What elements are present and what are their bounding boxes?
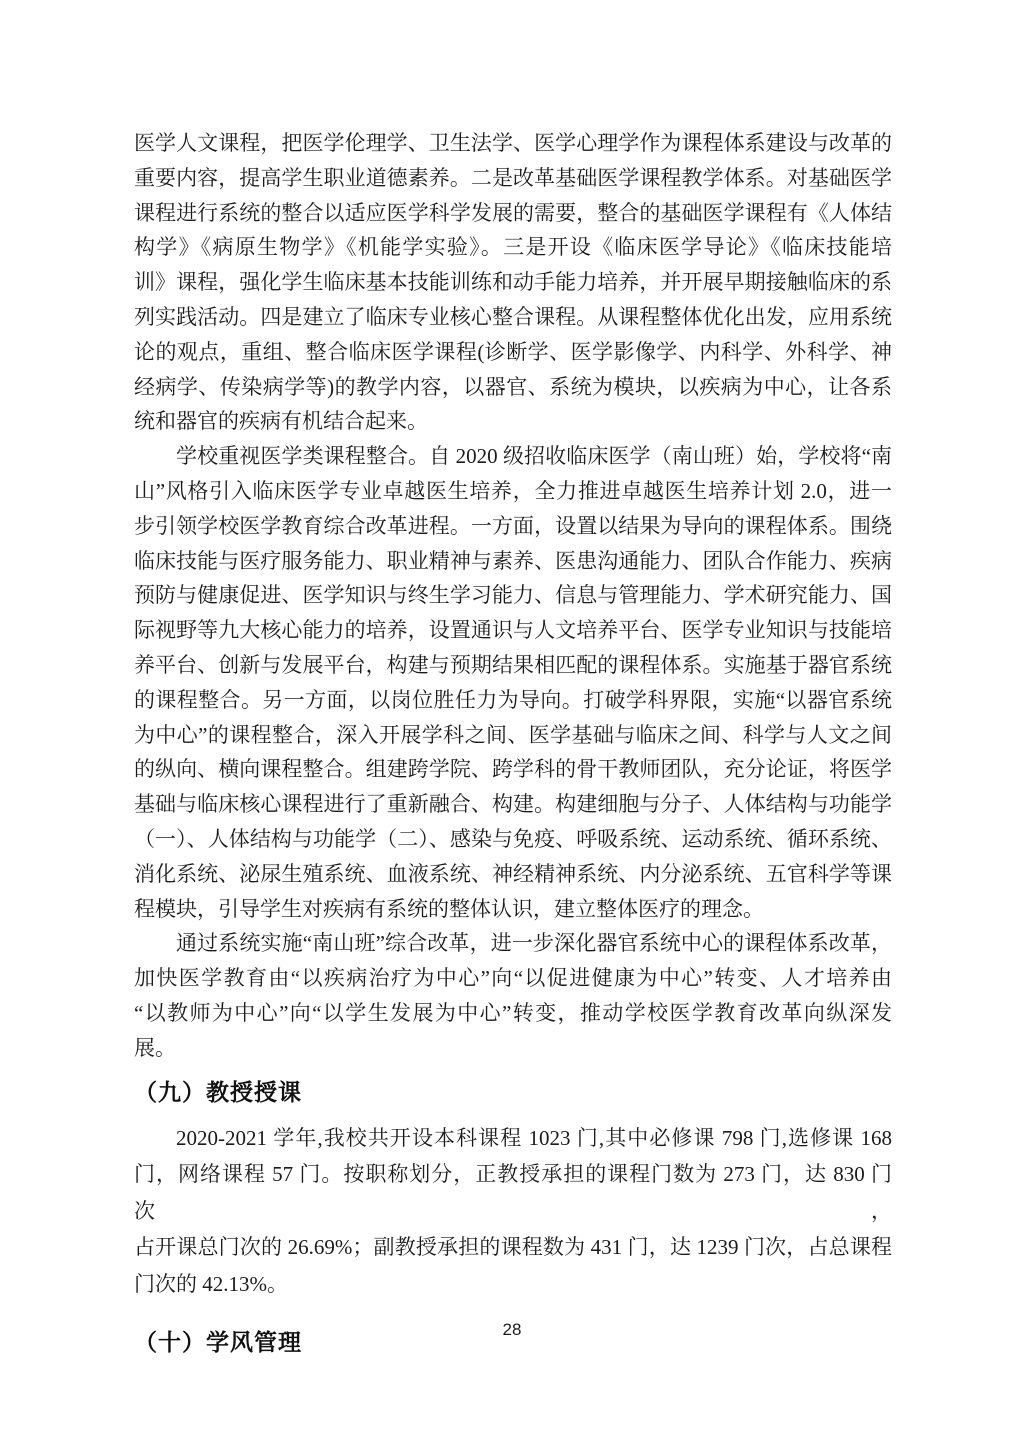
text-line: 预防与健康促进、医学知识与终生学习能力、信息与管理能力、学术研究能力、国: [134, 578, 892, 613]
text-line: 学校重视医学类课程整合。自 2020 级招收临床医学（南山班）始，学校将“南: [134, 439, 892, 474]
text-line: 统和器官的疾病有机结合起来。: [134, 404, 892, 439]
text-line: 重要内容，提高学生职业道德素养。二是改革基础医学课程教学体系。对基础医学: [134, 161, 892, 196]
text-line: 展。: [134, 1031, 892, 1066]
text-line: 2020-2021 学年,我校共开设本科课程 1023 门,其中必修课 798 …: [134, 1120, 892, 1157]
text-line: 程模块，引导学生对疾病有系统的整体认识，建立整体医疗的理念。: [134, 892, 892, 927]
text-line: “以教师为中心”向“以学生发展为中心”转变，推动学校医学教育改革向纵深发: [134, 996, 892, 1031]
text-line: 占开课总门次的 26.69%；副教授承担的课程数为 431 门，达 1239 门…: [134, 1229, 892, 1266]
text-line: 步引领学校医学教育综合改革进程。一方面，设置以结果为导向的课程体系。围绕: [134, 509, 892, 544]
para-course-statistics: 2020-2021 学年,我校共开设本科课程 1023 门,其中必修课 798 …: [134, 1120, 892, 1303]
text-line: 通过系统实施“南山班”综合改革，进一步深化器官系统中心的课程体系改革，: [134, 926, 892, 961]
text-line: 课程进行系统的整合以适应医学科学发展的需要，整合的基础医学课程有《人体结: [134, 196, 892, 231]
para-nanshan-reform-direction: 通过系统实施“南山班”综合改革，进一步深化器官系统中心的课程体系改革，加快医学教…: [134, 926, 892, 1065]
text-line: 际视野等九大核心能力的培养，设置通识与人文培养平台、医学专业知识与技能培: [134, 613, 892, 648]
text-line: 的课程整合。另一方面，以岗位胜任力为导向。打破学科界限，实施“以器官系统: [134, 683, 892, 718]
text-line: 医学人文课程，把医学伦理学、卫生法学、医学心理学作为课程体系建设与改革的: [134, 126, 892, 161]
text-line: （一）、人体结构与功能学（二）、感染与免疫、呼吸系统、运动系统、循环系统、: [134, 822, 892, 857]
text-line: 为中心”的课程整合，深入开展学科之间、医学基础与临床之间、科学与人文之间: [134, 718, 892, 753]
text-line: 列实践活动。四是建立了临床专业核心整合课程。从课程整体优化出发，应用系统: [134, 300, 892, 335]
text-line: 的纵向、横向课程整合。组建跨学院、跨学科的骨干教师团队，充分论证，将医学: [134, 752, 892, 787]
text-line: 消化系统、泌尿生殖系统、血液系统、神经精神系统、内分泌系统、五官科学等课: [134, 857, 892, 892]
text-line: 临床技能与医疗服务能力、职业精神与素养、医患沟通能力、团队合作能力、疾病: [134, 544, 892, 579]
text-line: 论的观点，重组、整合临床医学课程(诊断学、医学影像学、内科学、外科学、神: [134, 335, 892, 370]
text-line: 养平台、创新与发展平台，构建与预期结果相匹配的课程体系。实施基于器官系统: [134, 648, 892, 683]
text-line: 基础与临床核心课程进行了重新融合、构建。构建细胞与分子、人体结构与功能学: [134, 787, 892, 822]
page-number: 28: [0, 1320, 1024, 1340]
text-line: 构学》《病原生物学》《机能学实验》。三是开设《临床医学导论》《临床技能培: [134, 230, 892, 265]
para-curriculum-reform: 医学人文课程，把医学伦理学、卫生法学、医学心理学作为课程体系建设与改革的重要内容…: [134, 126, 892, 439]
text-line: 训》课程，强化学生临床基本技能训练和动手能力培养，并开展早期接触临床的系: [134, 265, 892, 300]
text-line: 山”风格引入临床医学专业卓越医生培养，全力推进卓越医生培养计划 2.0，进一: [134, 474, 892, 509]
text-line: 门，网络课程 57 门。按职称划分，正教授承担的课程门数为 273 门，达 83…: [134, 1156, 892, 1229]
heading-section-nine-professor-teaching: （九）教授授课: [134, 1075, 892, 1109]
text-line: 加快医学教育由“以疾病治疗为中心”向“以促进健康为中心”转变、人才培养由: [134, 961, 892, 996]
para-nanshan-class-integration: 学校重视医学类课程整合。自 2020 级招收临床医学（南山班）始，学校将“南山”…: [134, 439, 892, 926]
text-line: 门次的 42.13%。: [134, 1266, 892, 1303]
document-body: 医学人文课程，把医学伦理学、卫生法学、医学心理学作为课程体系建设与改革的重要内容…: [134, 126, 892, 1359]
text-line: 经病学、传染病学等)的教学内容，以器官、系统为模块，以疾病为中心，让各系: [134, 370, 892, 405]
document-page: 医学人文课程，把医学伦理学、卫生法学、医学心理学作为课程体系建设与改革的重要内容…: [0, 0, 1024, 1448]
